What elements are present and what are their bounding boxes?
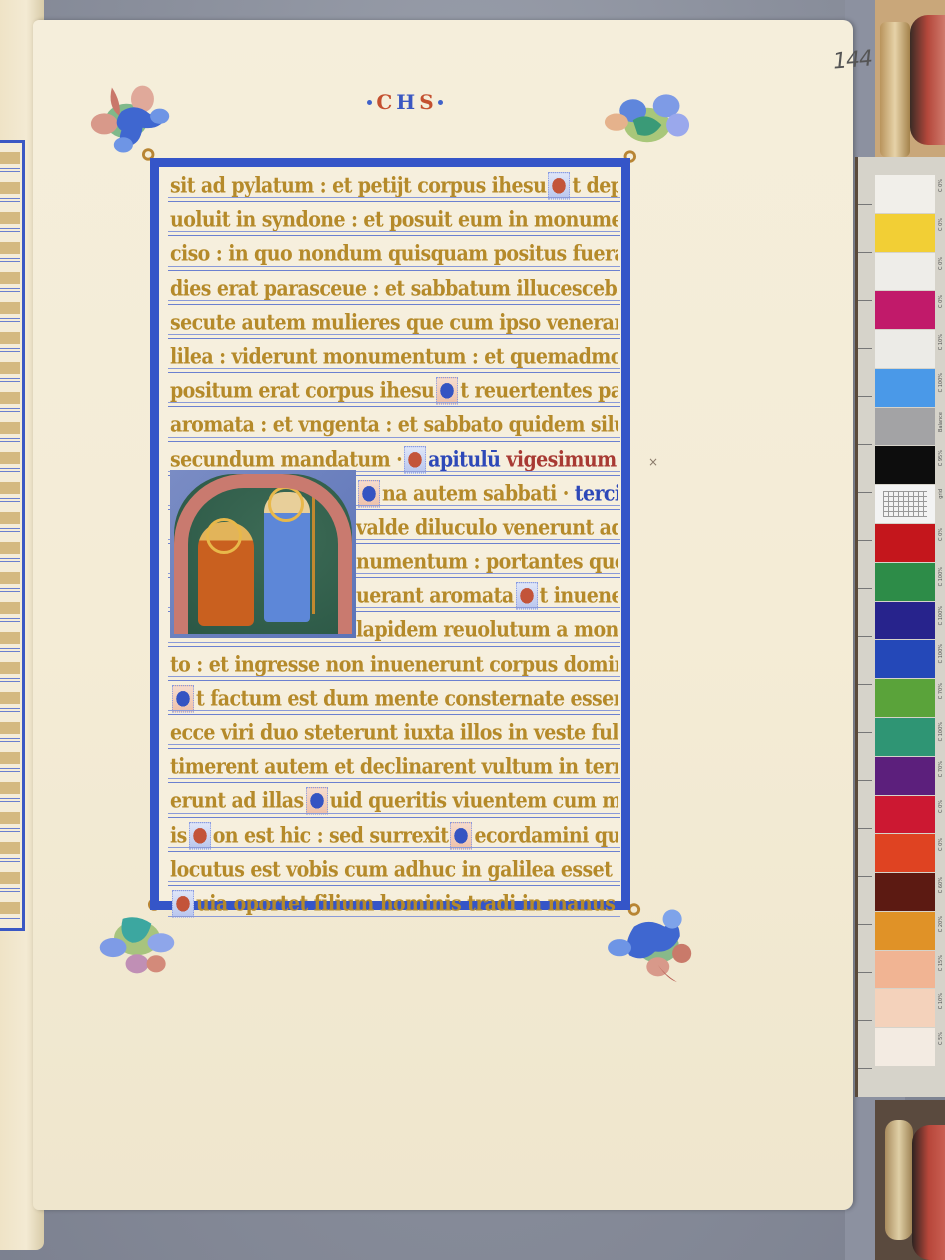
color-patch [875, 563, 935, 601]
patch-label: C 15% [938, 955, 945, 971]
text-line: t factum est dum mente consternate essen… [168, 681, 620, 715]
patch-label: C 100% [938, 606, 945, 625]
book-cradle-weight [885, 1120, 913, 1240]
decorated-initial [189, 822, 211, 850]
text-line: aromata : et vngenta : et sabbato quidem… [168, 407, 620, 441]
color-patch [875, 1028, 935, 1066]
line-tail: t reuertentes parauerunt [460, 378, 618, 403]
text-line: ecce viri duo steterunt iuxta illos in v… [168, 715, 620, 749]
patch-label: C 0% [938, 800, 945, 813]
line-text: positum erat corpus ihesu [170, 378, 434, 403]
text-line: timerent autem et declinarent vultum in … [168, 749, 620, 783]
text-line: ciso : in quo nondum quisquam positus fu… [168, 236, 620, 270]
decorated-initial [548, 172, 570, 200]
patch-label: C 100% [938, 644, 945, 663]
pencil-mark: × [648, 455, 658, 469]
decorated-initial [450, 822, 472, 850]
color-patch [875, 951, 935, 989]
color-patch [875, 369, 935, 407]
text-line: to : et ingresse non inuenerunt corpus d… [168, 647, 620, 681]
color-patch [875, 446, 935, 484]
book-cradle-weight [880, 22, 910, 157]
color-patch [875, 602, 935, 640]
line-tail: t factum est dum mente consternate essen… [196, 686, 618, 711]
line-text: sit ad pylatum : et petijt corpus ihesu [170, 173, 546, 198]
line-text: locutus est vobis cum adhuc in galilea e… [170, 857, 618, 882]
text-line: erunt ad illasuid queritis viuentem cum … [168, 783, 620, 817]
line-tail: uid queritis viuentem cum mortu [330, 789, 618, 814]
patch-label: C 60% [938, 877, 945, 893]
color-calibration-target: C 0%C 0%C 0%C 0%C 10%C 100%BalanceC 95%g… [855, 157, 945, 1097]
rubric-red: vigesimum [506, 447, 616, 472]
decorated-initial [306, 787, 328, 815]
line-text: valde diluculo venerunt ad mo : [356, 515, 618, 540]
initial-background [174, 474, 352, 634]
line-text: uerant aromata [356, 583, 514, 608]
text-line: sit ad pylatum : et petijt corpus ihesut… [168, 168, 620, 202]
patch-label: C 100% [938, 567, 945, 586]
folio-number: 144 [832, 46, 873, 74]
color-patch [875, 253, 935, 291]
color-patch [875, 408, 935, 446]
ruler-scale [858, 157, 872, 1097]
text-line: locutus est vobis cum adhuc in galilea e… [168, 852, 620, 886]
decorated-initial [172, 685, 194, 713]
running-head-letter: S [419, 90, 433, 114]
patch-label: C 95% [938, 450, 945, 466]
line-text: ciso : in quo nondum quisquam positus fu… [170, 242, 618, 267]
running-head-letter: H [396, 90, 415, 114]
color-patch [875, 989, 935, 1027]
patch-label: C 70% [938, 761, 945, 777]
rubric-blue: tercium · [575, 481, 618, 506]
decorated-initial [404, 446, 426, 474]
color-patch [875, 485, 935, 523]
line-text: lapidem reuolutum a monumē [356, 618, 618, 643]
line-tail: t depositum in [572, 173, 618, 198]
facing-page-text [0, 152, 20, 917]
line-tail: na autem sabbati · [382, 481, 569, 506]
patch-label: grid [938, 489, 945, 499]
flourish-top-left-icon [82, 78, 180, 164]
dot-ornament [438, 100, 443, 105]
text-line: positum erat corpus ihesut reuertentes p… [168, 373, 620, 407]
patch-label: C 0% [938, 295, 945, 308]
color-patch [875, 640, 935, 678]
patch-label: C 20% [938, 916, 945, 932]
historiated-initial [170, 470, 356, 638]
line-text: secundum mandatum · [170, 447, 402, 472]
book-support-cushion [910, 15, 945, 145]
line-tail: ecordamini qualiter : [474, 823, 618, 848]
patch-label: C 0% [938, 838, 945, 851]
dot-ornament [367, 100, 372, 105]
color-patch [875, 175, 935, 213]
patch-label: C 10% [938, 993, 945, 1009]
line-tail: uia oportet filium hominis tradi in manu… [196, 891, 618, 916]
patch-label: C 5% [938, 1032, 945, 1045]
patch-label: C 0% [938, 528, 945, 541]
decorated-initial [358, 480, 380, 508]
color-patch [875, 718, 935, 756]
text-line: uia oportet filium hominis tradi in manu… [168, 886, 620, 920]
color-patch [875, 873, 935, 911]
color-patch [875, 291, 935, 329]
text-line: dies erat parasceue : et sabbatum illuce… [168, 271, 620, 305]
color-patch [875, 330, 935, 368]
running-head-letter: C [376, 90, 392, 114]
decorated-initial [516, 582, 538, 610]
color-patch [875, 679, 935, 717]
letter-u-frame [174, 474, 352, 634]
text-line: lilea : viderunt monumentum : et quemadm… [168, 339, 620, 373]
text-line: uoluit in syndone : et posuit eum in mon… [168, 202, 620, 236]
line-text: timerent autem et declinarent vultum in … [170, 754, 618, 779]
color-patch [875, 834, 935, 872]
patch-label: Balance [938, 412, 945, 432]
line-text: to : et ingresse non inuenerunt corpus d… [170, 652, 618, 677]
running-head: C H S [360, 90, 450, 114]
decorated-initial [436, 377, 458, 405]
line-tail: on est hic : sed surrexit [213, 823, 449, 848]
patch-label: C 70% [938, 683, 945, 699]
line-text: erunt ad illas [170, 789, 304, 814]
flourish-top-right-icon [598, 82, 696, 168]
text-line: ison est hic : sed surrexitecordamini qu… [168, 818, 620, 852]
decorated-initial [172, 890, 194, 918]
line-text: aromata : et vngenta : et sabbato quidem… [170, 412, 618, 437]
book-support-cushion [912, 1125, 945, 1260]
color-patch [875, 912, 935, 950]
line-text: uoluit in syndone : et posuit eum in mon… [170, 207, 618, 232]
line-text: is [170, 823, 187, 848]
color-patch [875, 524, 935, 562]
line-text: ecce viri duo steterunt iuxta illos in v… [170, 720, 618, 745]
rubric-blue: apitulū [428, 447, 500, 472]
line-text: lilea : viderunt monumentum : et quemadm… [170, 344, 618, 369]
line-text: numentum : portantes que pa ra [356, 549, 618, 574]
color-patch [875, 796, 935, 834]
text-line: secute autem mulieres que cum ipso vener… [168, 305, 620, 339]
patch-label: C 10% [938, 334, 945, 350]
color-patch [875, 214, 935, 252]
color-patch [875, 757, 935, 795]
patch-label: C 0% [938, 257, 945, 270]
patch-label: C 100% [938, 373, 945, 392]
patch-label: C 100% [938, 722, 945, 741]
line-text: secute autem mulieres que cum ipso vener… [170, 310, 618, 335]
patch-label: C 0% [938, 179, 945, 192]
line-tail: t inuenerunt : [540, 583, 618, 608]
patch-label: C 0% [938, 218, 945, 231]
line-text: dies erat parasceue : et sabbatum illuce… [170, 276, 618, 301]
